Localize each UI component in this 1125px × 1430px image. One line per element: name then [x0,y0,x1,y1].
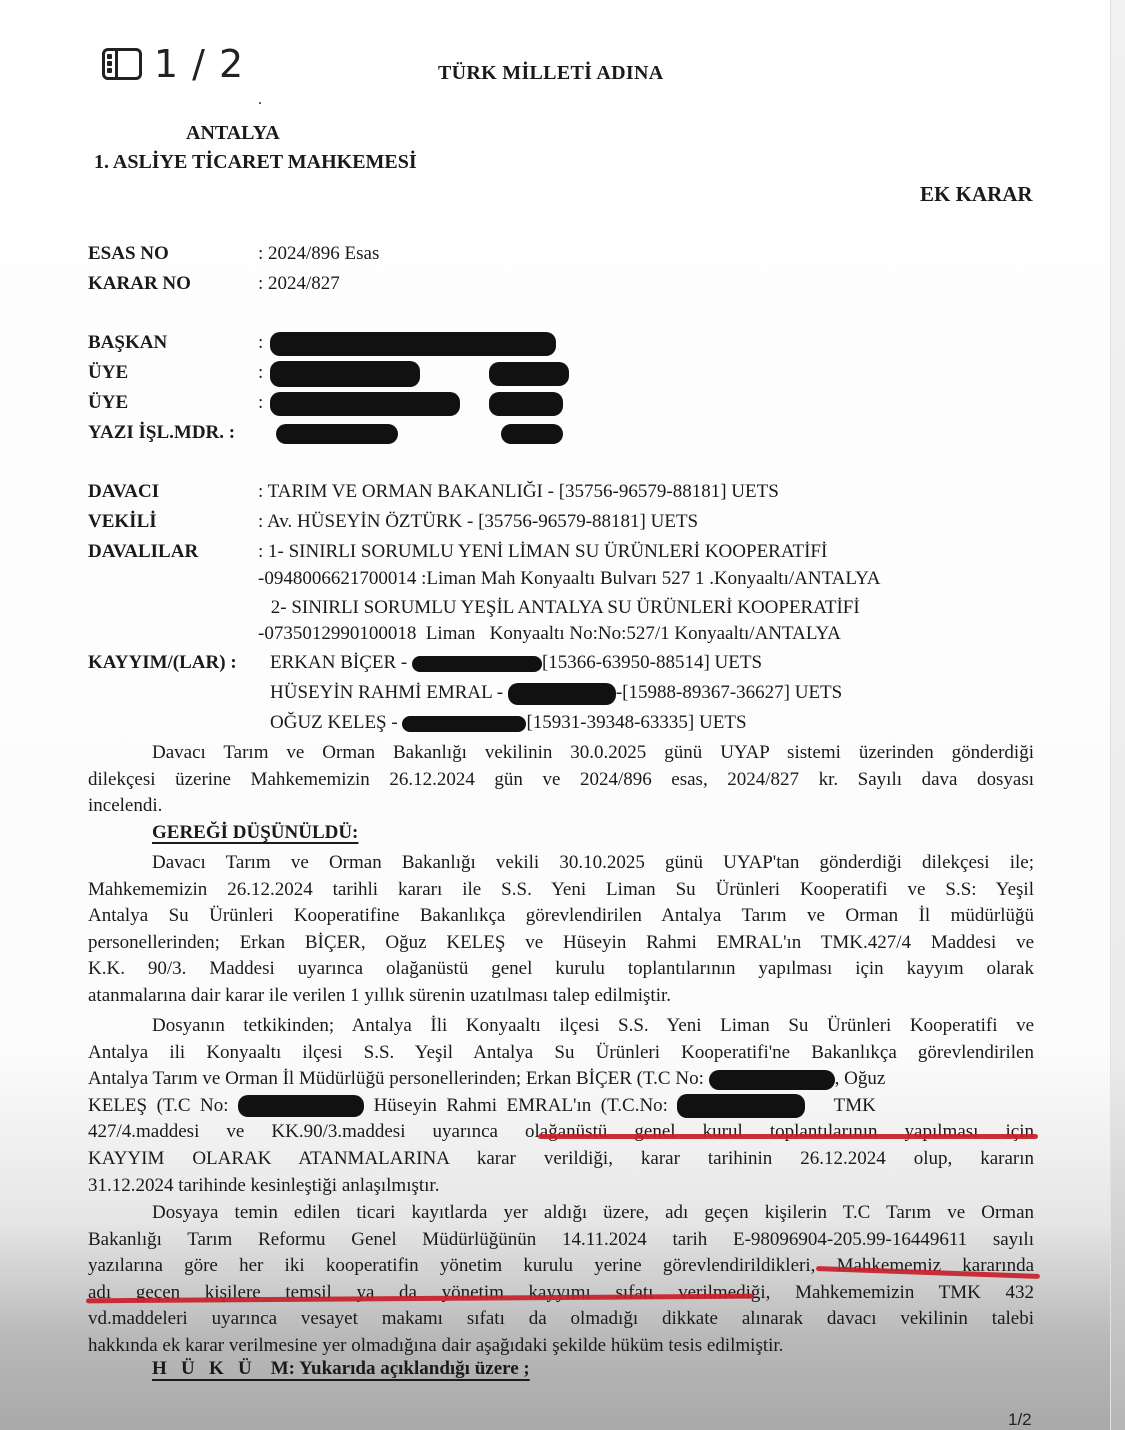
kayyim-label: KAYYIM/(LAR) : [88,650,237,676]
kayyim-id: [15931-39348-63335] UETS [526,712,746,733]
redaction-mark [489,362,569,386]
text-line: Davacı Tarım ve Orman Bakanlığı vekili 3… [88,850,1034,877]
redaction-mark [508,683,616,705]
panel-value [276,420,563,446]
vekili-label: VEKİLİ [88,509,157,535]
text-line: KAYYIM OLARAK ATANMALARINA karar verildi… [88,1146,1034,1173]
kayyim-entry: OĞUZ KELEŞ - [15931-39348-63335] UETS [270,710,747,736]
dot-mark: · [258,96,262,111]
redaction-mark [270,392,460,416]
redaction-mark [412,656,542,672]
text-line: hakkında ek karar verilmesine yer olmadı… [88,1333,1034,1360]
davalilar-line: -0948006621700014 :Liman Mah Konyaaltı B… [258,566,880,592]
davalilar-line: 2- SINIRLI SORUMLU YEŞİL ANTALYA SU ÜRÜN… [266,595,860,621]
page-indicator[interactable]: 1 / 2 [58,16,288,112]
footer-page-number: 1/2 [1008,1410,1032,1430]
court-heading: 1. ASLİYE TİCARET MAHKEMESİ [94,151,417,174]
davalilar-line: : 1- SINIRLI SORUMLU YENİ LİMAN SU ÜRÜNL… [258,539,827,565]
panel-label: YAZI İŞL.MDR. : [88,420,235,446]
intro-paragraph: Davacı Tarım ve Orman Bakanlığı vekilini… [88,740,1034,820]
panel-label: BAŞKAN [88,330,167,356]
kayyim-name: ERKAN BİÇER - [270,652,407,673]
davaci-label: DAVACI [88,479,159,505]
paragraph-tetkik: Dosyanın tetkikinden; Antalya İli Konyaa… [88,1013,1034,1199]
panel-label: ÜYE [88,390,128,416]
scrollbar-track[interactable] [1110,0,1125,1430]
vekili-value: : Av. HÜSEYİN ÖZTÜRK - [35756-96579-8818… [258,509,698,535]
text-line: dilekçesi üzerine Mahkememizin 26.12.202… [88,767,1034,794]
redaction-mark [677,1094,805,1118]
city-heading: ANTALYA [186,122,280,145]
davalilar-line: -0735012990100018 Liman Konyaaltı No:No:… [258,621,841,647]
kayyim-name: HÜSEYİN RAHMİ EMRAL - [270,682,503,703]
text-line: 31.12.2024 tarihinde kesinleştiği anlaşı… [88,1173,1034,1200]
redaction-mark [489,392,563,416]
text-line: personellerinden; Erkan BİÇER, Oğuz KELE… [88,930,1034,957]
karar-label: KARAR NO [88,271,191,297]
text-line: adı geçen kişilere temsil ya da yönetim … [88,1280,1034,1307]
text-line: Dosyaya temin edilen ticari kayıtlarda y… [88,1200,1034,1227]
kayyim-entry: ERKAN BİÇER - [15366-63950-88514] UETS [270,650,762,676]
redaction-mark [270,332,556,356]
davaci-value: : TARIM VE ORMAN BAKANLIĞI - [35756-9657… [258,479,779,505]
text-line: vd.maddeleri uyarınca vesayet makamı sıf… [88,1306,1034,1333]
text-line: incelendi. [88,793,1034,820]
nation-heading: TÜRK MİLLETİ ADINA [438,62,663,85]
text-line: Antalya ili Konyaaltı ilçesi S.S. Yeşil … [88,1040,1034,1067]
hukum-heading: H Ü K Ü M: Yukarıda açıklandığı üzere ; [152,1358,530,1380]
redaction-mark [501,424,563,444]
redaction-mark [276,424,398,444]
red-underline-annotation [538,1134,1038,1139]
text-line: atanmalarına dair karar ile verilen 1 yı… [88,983,1034,1010]
kayyim-name: OĞUZ KELEŞ - [270,712,398,733]
panel-label: ÜYE [88,360,128,386]
kayyim-entry: HÜSEYİN RAHMİ EMRAL - -[15988-89367-3662… [270,680,842,706]
panel-value: : [258,360,569,387]
panel-value: : [258,390,563,416]
document-page: 1 / 2 TÜRK MİLLETİ ADINA · ANTALYA 1. AS… [0,0,1125,1430]
section-title-gerekce: GEREĞİ DÜŞÜNÜLDÜ: [152,822,358,844]
sidebar-panel-icon[interactable] [102,48,142,80]
panel-value: : [258,330,556,356]
redaction-mark [709,1070,835,1090]
text-line: yazılarına göre her iki kooperatifin yön… [88,1253,1034,1280]
text-line: Antalya Su Ürünleri Kooperatifine Bakanl… [88,903,1034,930]
text-line: Antalya Tarım ve Orman İl Müdürlüğü pers… [88,1066,1034,1093]
page-indicator-text: 1 / 2 [154,42,244,86]
text-line: Bakanlığı Tarım Reformu Genel Müdürlüğün… [88,1227,1034,1254]
text-line: Davacı Tarım ve Orman Bakanlığı vekilini… [88,740,1034,767]
kayyim-id: [15366-63950-88514] UETS [542,652,762,673]
text-line: 427/4.maddesi ve KK.90/3.maddesi uyarınc… [88,1119,1034,1146]
redaction-mark [270,361,420,387]
esas-value: : 2024/896 Esas [258,241,379,267]
paragraph-degerlendirme: Dosyaya temin edilen ticari kayıtlarda y… [88,1200,1034,1360]
text-line: Dosyanın tetkikinden; Antalya İli Konyaa… [88,1013,1034,1040]
text-line: K.K. 90/3. Maddesi uyarınca olağanüstü g… [88,956,1034,983]
text-line: Mahkememizin 26.12.2024 tarihli kararı i… [88,877,1034,904]
decision-type: EK KARAR [920,182,1033,207]
paragraph-talep: Davacı Tarım ve Orman Bakanlığı vekili 3… [88,850,1034,1010]
text-line: KELEŞ (T.C No: Hüseyin Rahmi EMRAL'ın (T… [88,1093,1034,1120]
esas-label: ESAS NO [88,241,169,267]
kayyim-id: -[15988-89367-36627] UETS [616,682,842,703]
redaction-mark [238,1095,364,1117]
davalilar-label: DAVALILAR [88,539,198,565]
karar-value: : 2024/827 [258,271,340,297]
redaction-mark [402,716,526,732]
